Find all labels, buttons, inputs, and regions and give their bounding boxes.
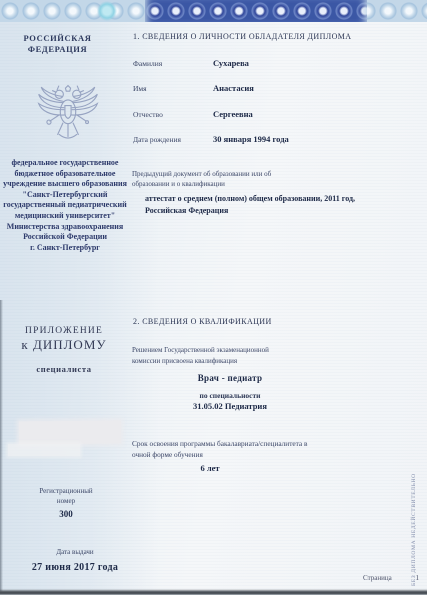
- field-row-patronymic: Отчество Сергеевна: [133, 110, 413, 119]
- field-row-surname: Фамилия Сухарева: [133, 59, 413, 68]
- institution-line: учреждение высшего образования: [0, 179, 130, 190]
- previous-document-label: Предыдущий документ об образовании или о…: [132, 169, 284, 189]
- institution-name-block: федеральное государственное бюджетное об…: [0, 158, 130, 253]
- qualification-decision-label: Решением Государственной экзаменационной…: [132, 345, 292, 366]
- program-duration-value: 6 лет: [150, 463, 270, 473]
- firstname-label: Имя: [133, 84, 147, 93]
- birthdate-label: Дата рождения: [133, 135, 181, 144]
- supplement-title-line1: ПРИЛОЖЕНИЕ: [0, 326, 128, 336]
- previous-document-value: аттестат о среднем (полном) общем образо…: [145, 193, 390, 217]
- registration-number-value: 300: [0, 509, 132, 519]
- birthdate-value: 30 января 1994 года: [213, 134, 403, 144]
- diploma-supplement-page: РОССИЙСКАЯ ФЕДЕРАЦИЯ федеральное государ…: [0, 0, 427, 595]
- supplement-title-line2: к ДИПЛОМУ: [0, 337, 128, 353]
- country-line2: ФЕДЕРАЦИЯ: [0, 44, 115, 55]
- registration-number-label: Регистрационный номер: [31, 486, 101, 506]
- guilloche-accent-medallion: [96, 0, 118, 22]
- guilloche-border-dark-section: [145, 0, 367, 22]
- country-line1: РОССИЙСКАЯ: [0, 33, 115, 44]
- institution-line: бюджетное образовательное: [0, 169, 130, 180]
- page-number-label: Страница: [363, 574, 392, 582]
- issue-date-label: Дата выдачи: [0, 548, 150, 556]
- institution-line: Министерства здравоохранения: [0, 222, 130, 233]
- patronymic-value: Сергеевна: [213, 109, 403, 119]
- specialty-label: по специальности: [140, 391, 320, 400]
- guilloche-border: [0, 0, 427, 22]
- scan-left-edge: [0, 300, 3, 595]
- program-duration-label: Срок освоения программы бакалавриата/спе…: [132, 439, 317, 460]
- institution-line: Российской Федерации: [0, 232, 130, 243]
- institution-line: государственный педиатрический: [0, 200, 130, 211]
- patronymic-label: Отчество: [133, 110, 163, 119]
- redaction-box-faint: [8, 444, 80, 456]
- registration-number-block: Регистрационный номер 300: [0, 486, 132, 519]
- void-without-diploma-side-text: БЕЗ ДИПЛОМА НЕДЕЙСТВИТЕЛЬНО: [411, 434, 417, 586]
- country-header: РОССИЙСКАЯ ФЕДЕРАЦИЯ: [0, 33, 115, 55]
- section1-title: 1. СВЕДЕНИЯ О ЛИЧНОСТИ ОБЛАДАТЕЛЯ ДИПЛОМ…: [133, 32, 403, 41]
- surname-label: Фамилия: [133, 59, 162, 68]
- issue-date-block: Дата выдачи 27 июня 2017 года: [0, 548, 150, 573]
- institution-line: г. Санкт-Петербург: [0, 243, 130, 254]
- institution-line: медицинский университет": [0, 211, 130, 222]
- issue-date-value: 27 июня 2017 года: [0, 562, 150, 573]
- institution-line: федеральное государственное: [0, 158, 130, 169]
- qualification-value: Врач - педиатр: [140, 373, 320, 383]
- field-row-firstname: Имя Анастасия: [133, 84, 413, 93]
- scan-bottom-edge: [0, 589, 427, 595]
- redaction-box: [19, 421, 121, 445]
- firstname-value: Анастасия: [213, 83, 403, 93]
- specialty-value: 31.05.02 Педиатрия: [140, 401, 320, 411]
- supplement-title-block: ПРИЛОЖЕНИЕ к ДИПЛОМУ специалиста: [0, 326, 128, 374]
- field-row-birthdate: Дата рождения 30 января 1994 года: [133, 135, 413, 144]
- russian-coat-of-arms-icon: [37, 84, 99, 154]
- institution-line: "Санкт-Петербургский: [0, 190, 130, 201]
- supplement-title-line3: специалиста: [0, 364, 128, 374]
- section2-title: 2. СВЕДЕНИЯ О КВАЛИФИКАЦИИ: [133, 317, 403, 326]
- surname-value: Сухарева: [213, 58, 403, 68]
